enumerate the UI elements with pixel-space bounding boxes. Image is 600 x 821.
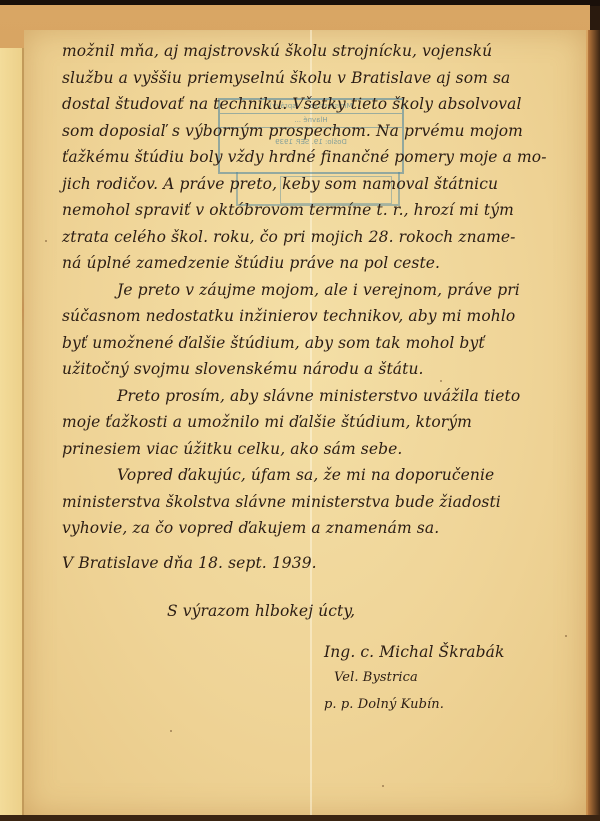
body-line: službu a vyššiu priemyselnú školu v Brat… [62, 65, 582, 92]
document-viewer: Ministerstvo ... (správy) Hlavné ... Doš… [0, 0, 600, 821]
closing-salutation: S výrazom hlbokej úcty, [62, 598, 582, 625]
body-line: ztrata celého škol. roku, čo pri mojich … [62, 224, 582, 251]
signature-post: p. p. Dolný Kubín. [62, 692, 582, 719]
paragraph-4-line: Vopred ďakujúc, úfam sa, že mi na doporu… [62, 462, 582, 489]
body-line: ná úplné zamedzenie štúdiu práve na pol … [62, 250, 582, 277]
paragraph-4-line: ministerstva školstva slávne ministerstv… [62, 489, 582, 516]
paragraph-2-line: byť umožnené ďalšie štúdium, aby som tak… [62, 330, 582, 357]
paragraph-3-line: prinesiem viac úžitku celku, ako sám seb… [62, 436, 582, 463]
right-edge-shadow [588, 30, 600, 820]
paper-speck [170, 730, 172, 732]
signature-name: Ing. c. Michal Škrabák [62, 639, 582, 666]
paper-speck [45, 240, 47, 242]
paragraph-3-line: moje ťažkosti a umožnilo mi ďalšie štúdi… [62, 409, 582, 436]
date-line: V Bratislave dňa 18. sept. 1939. [62, 550, 582, 577]
paragraph-4-line: vyhovie, za čo vopred ďakujem a znamenám… [62, 515, 582, 542]
body-line: som doposiaľ s výborným prospechom. Na p… [62, 118, 582, 145]
body-line: jich rodičov. A práve preto, keby som na… [62, 171, 582, 198]
left-binding-strip [0, 48, 24, 820]
body-line: ťažkému štúdiu boly vždy hrdné finančné … [62, 144, 582, 171]
paper-speck [565, 635, 567, 637]
paragraph-2-line: Je preto v záujme mojom, ale i verejnom,… [62, 277, 582, 304]
signature-place: Vel. Bystrica [62, 665, 582, 692]
bottom-edge [0, 815, 600, 821]
paragraph-2-line: súčasnom nedostatku inžinierov technikov… [62, 303, 582, 330]
paragraph-3-line: Preto prosím, aby slávne ministerstvo uv… [62, 383, 582, 410]
body-line: dostal študovať na techniku. Všetky tiet… [62, 91, 582, 118]
paragraph-2-line: užitočný svojmu slovenskému národu a štá… [62, 356, 582, 383]
paper-speck [440, 380, 442, 382]
body-line: nemohol spraviť v októbrovom termíne t. … [62, 197, 582, 224]
body-line: možnil mňa, aj majstrovskú školu strojní… [62, 38, 582, 65]
paper-speck [382, 785, 384, 787]
letter-text: možnil mňa, aj majstrovskú školu strojní… [62, 38, 582, 718]
